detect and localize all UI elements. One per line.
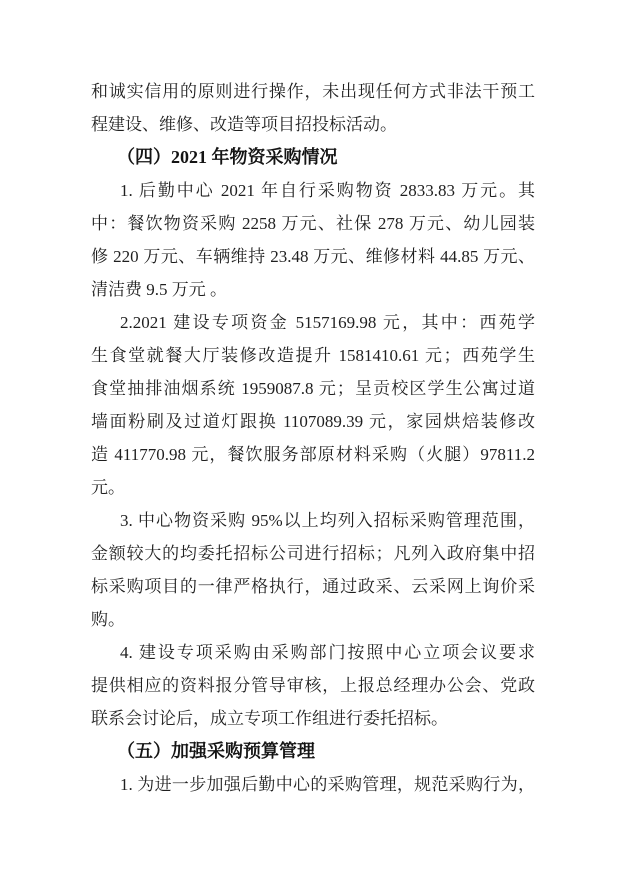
text-line: 联系会讨论后，成立专项工作组进行委托招标。: [91, 702, 535, 735]
text-line: 3. 中心物资采购 95%以上均列入招标采购管理范围，: [91, 504, 535, 537]
text-line: 食堂抽排油烟系统 1959087.8 元；呈贡校区学生公寓过道: [91, 372, 535, 405]
text-line: 修 220 万元、车辆维持 23.48 万元、维修材料 44.85 万元、: [91, 240, 535, 273]
text-line: 金额较大的均委托招标公司进行招标；凡列入政府集中招: [91, 537, 535, 570]
text-line: 提供相应的资料报分管导审核，上报总经理办公会、党政: [91, 669, 535, 702]
text-line: 1. 为进一步加强后勤中心的采购管理，规范采购行为，: [91, 768, 535, 801]
document-page: 和诚实信用的原则进行操作，未出现任何方式非法干预工 程建设、维修、改造等项目招投…: [0, 0, 634, 894]
text-line: 购。: [91, 603, 535, 636]
text-line: 1. 后勤中心 2021 年自行采购物资 2833.83 万元。其: [91, 174, 535, 207]
text-line: 中：餐饮物资采购 2258 万元、社保 278 万元、幼儿园装: [91, 207, 535, 240]
text-line: 2.2021 建设专项资金 5157169.98 元，其中：西苑学: [91, 306, 535, 339]
document-text-block: 和诚实信用的原则进行操作，未出现任何方式非法干预工 程建设、维修、改造等项目招投…: [91, 75, 535, 801]
text-line: 元。: [91, 471, 535, 504]
text-line: 墙面粉刷及过道灯跟换 1107089.39 元，家园烘焙装修改: [91, 405, 535, 438]
section-heading-5: （五）加强采购预算管理: [91, 735, 535, 768]
text-line: 清洁费 9.5 万元 。: [91, 273, 535, 306]
text-line: 造 411770.98 元，餐饮服务部原材料采购（火腿）97811.2: [91, 438, 535, 471]
text-line: 标采购项目的一律严格执行，通过政采、云采网上询价采: [91, 570, 535, 603]
text-line: 程建设、维修、改造等项目招投标活动。: [91, 108, 535, 141]
text-line: 生食堂就餐大厅装修改造提升 1581410.61 元；西苑学生: [91, 339, 535, 372]
section-heading-4: （四）2021 年物资采购情况: [91, 141, 535, 174]
text-line: 和诚实信用的原则进行操作，未出现任何方式非法干预工: [91, 75, 535, 108]
text-line: 4. 建设专项采购由采购部门按照中心立项会议要求: [91, 636, 535, 669]
